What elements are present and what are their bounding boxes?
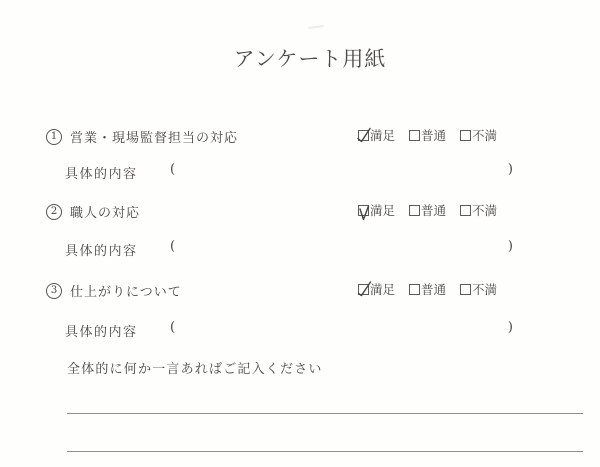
paren-close: )	[508, 320, 513, 335]
checkbox-normal-1[interactable]	[409, 130, 420, 141]
option-label: 満足	[370, 201, 395, 219]
survey-form-sheet: アンケート用紙 1 営業・現場監督担当の対応 満足 普通	[0, 0, 600, 467]
checkmark-icon	[358, 130, 370, 142]
checkmark-icon	[358, 205, 370, 217]
option-satisfied-2: 満足	[358, 201, 395, 219]
option-label: 不満	[472, 201, 497, 219]
options-group-2: 満足 普通 不満	[358, 201, 497, 219]
option-normal-3: 普通	[409, 280, 446, 298]
checkbox-normal-3[interactable]	[409, 284, 420, 295]
checkbox-dissatisfied-2[interactable]	[460, 205, 471, 216]
option-normal-2: 普通	[409, 201, 446, 219]
paren-close: )	[508, 239, 513, 254]
option-label: 満足	[370, 280, 395, 298]
option-dissatisfied-1: 不満	[460, 126, 497, 144]
question-number-3: 3	[46, 283, 62, 299]
option-label: 不満	[472, 280, 497, 298]
option-label: 不満	[472, 126, 497, 144]
detail-label: 具体的内容	[65, 321, 138, 340]
option-normal-1: 普通	[409, 126, 446, 144]
detail-row-3: 具体的内容 ( )	[65, 321, 513, 337]
question-row-2: 2 職人の対応	[46, 202, 140, 221]
option-satisfied-3: 満足	[358, 280, 395, 298]
question-label-2: 職人の対応	[70, 202, 140, 221]
question-number-1: 1	[46, 129, 62, 145]
checkbox-satisfied-1[interactable]	[358, 130, 369, 141]
checkbox-satisfied-2[interactable]	[358, 205, 369, 216]
question-label-3: 仕上がりについて	[70, 281, 182, 300]
detail-label: 具体的内容	[65, 163, 138, 182]
options-group-1: 満足 普通 不満	[358, 126, 497, 144]
paren-open: (	[170, 162, 175, 177]
paren-open: (	[170, 239, 175, 254]
option-dissatisfied-3: 不満	[460, 280, 497, 298]
option-label: 満足	[370, 126, 395, 144]
checkbox-satisfied-3[interactable]	[358, 284, 369, 295]
question-number-2: 2	[46, 204, 62, 220]
question-label-1: 営業・現場監督担当の対応	[70, 127, 238, 146]
option-label: 普通	[421, 280, 446, 298]
option-satisfied-1: 満足	[358, 126, 395, 144]
scan-artifact	[308, 25, 324, 29]
detail-row-2: 具体的内容 ( )	[65, 240, 513, 256]
paren-close: )	[508, 162, 513, 177]
comment-line-2	[67, 451, 583, 452]
question-row-1: 1 営業・現場監督担当の対応	[46, 127, 238, 146]
question-row-3: 3 仕上がりについて	[46, 281, 182, 300]
option-label: 普通	[421, 126, 446, 144]
checkmark-icon	[358, 284, 370, 296]
detail-label: 具体的内容	[65, 240, 138, 259]
page-title: アンケート用紙	[0, 43, 600, 73]
checkbox-dissatisfied-3[interactable]	[460, 284, 471, 295]
checkbox-dissatisfied-1[interactable]	[460, 130, 471, 141]
detail-row-1: 具体的内容 ( )	[65, 163, 513, 179]
options-group-3: 満足 普通 不満	[358, 280, 497, 298]
option-dissatisfied-2: 不満	[460, 201, 497, 219]
overall-comment-prompt: 全体的に何か一言あればご記入ください	[67, 358, 323, 377]
checkbox-normal-2[interactable]	[409, 205, 420, 216]
comment-line-1	[67, 413, 583, 414]
paren-open: (	[170, 320, 175, 335]
option-label: 普通	[421, 201, 446, 219]
